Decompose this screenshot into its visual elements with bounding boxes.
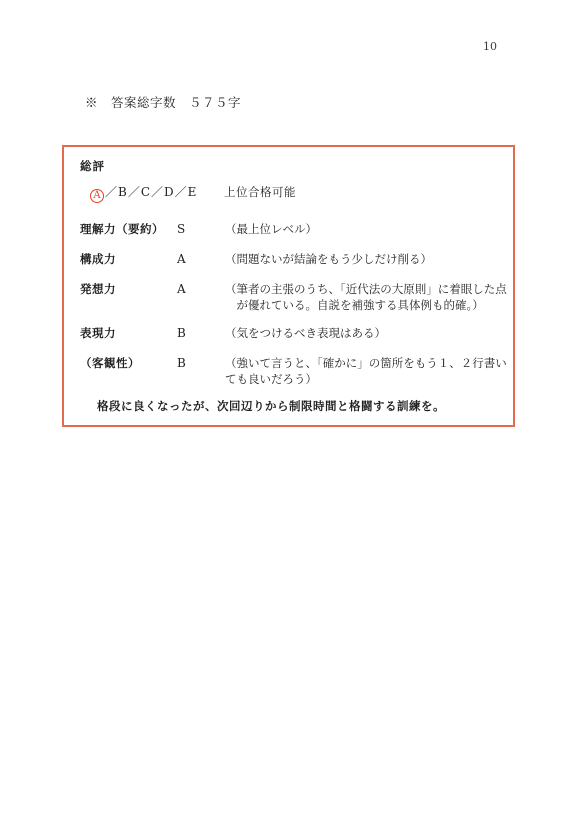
eval-row-label: 理解力（要約） [80, 221, 177, 237]
eval-row-comprehension: 理解力（要約） S （最上位レベル） [80, 221, 507, 237]
eval-row-label: （客観性） [80, 355, 177, 371]
eval-row-expression: 表現力 B （気をつけるべき表現はある） [80, 325, 507, 341]
char-count-note: ※ 答案総字数 ５７５字 [85, 93, 241, 111]
eval-row-comment: （筆者の主張のうち、「近代法の大原則」に着眼した点 が優れている。自説を補強する… [225, 281, 507, 313]
eval-row-grade: A [177, 281, 225, 297]
closing-comment: 格段に良くなったが、次回辺りから制限時間と格闘する訓練を。 [97, 398, 445, 414]
eval-row-comment: （強いて言うと、「確かに」の箇所をもう１、２行書い ても良いだろう） [225, 355, 507, 387]
box-title: 総評 [80, 158, 105, 174]
overall-grade-line: A／B／C／D／E 上位合格可能 [90, 184, 505, 203]
eval-row-comment: （問題ないが結論をもう少しだけ削る） [225, 251, 507, 267]
eval-row-grade: A [177, 251, 225, 267]
grade-result: 上位合格可能 [224, 184, 296, 200]
page-number: 10 [483, 40, 497, 53]
eval-row-grade: B [177, 355, 225, 371]
circled-grade-a-icon: A [90, 189, 104, 203]
eval-row-comment: （気をつけるべき表現はある） [225, 325, 507, 341]
eval-row-structure: 構成力 A （問題ないが結論をもう少しだけ削る） [80, 251, 507, 267]
document-page: 10 ※ 答案総字数 ５７５字 総評 A／B／C／D／E 上位合格可能 理解力（… [0, 0, 580, 820]
circled-grade-letter: A [93, 191, 100, 201]
eval-row-label: 発想力 [80, 281, 177, 297]
eval-row-label: 構成力 [80, 251, 177, 267]
eval-row-comment: （最上位レベル） [225, 221, 507, 237]
evaluation-box: 総評 A／B／C／D／E 上位合格可能 理解力（要約） S （最上位レベル） 構… [62, 145, 515, 427]
eval-row-ideas: 発想力 A （筆者の主張のうち、「近代法の大原則」に着眼した点 が優れている。自… [80, 281, 507, 313]
eval-row-objectivity: （客観性） B （強いて言うと、「確かに」の箇所をもう１、２行書い ても良いだろ… [80, 355, 507, 387]
eval-row-grade: S [177, 221, 225, 237]
eval-row-label: 表現力 [80, 325, 177, 341]
grade-scale: ／B／C／D／E [105, 185, 197, 199]
eval-row-grade: B [177, 325, 225, 341]
